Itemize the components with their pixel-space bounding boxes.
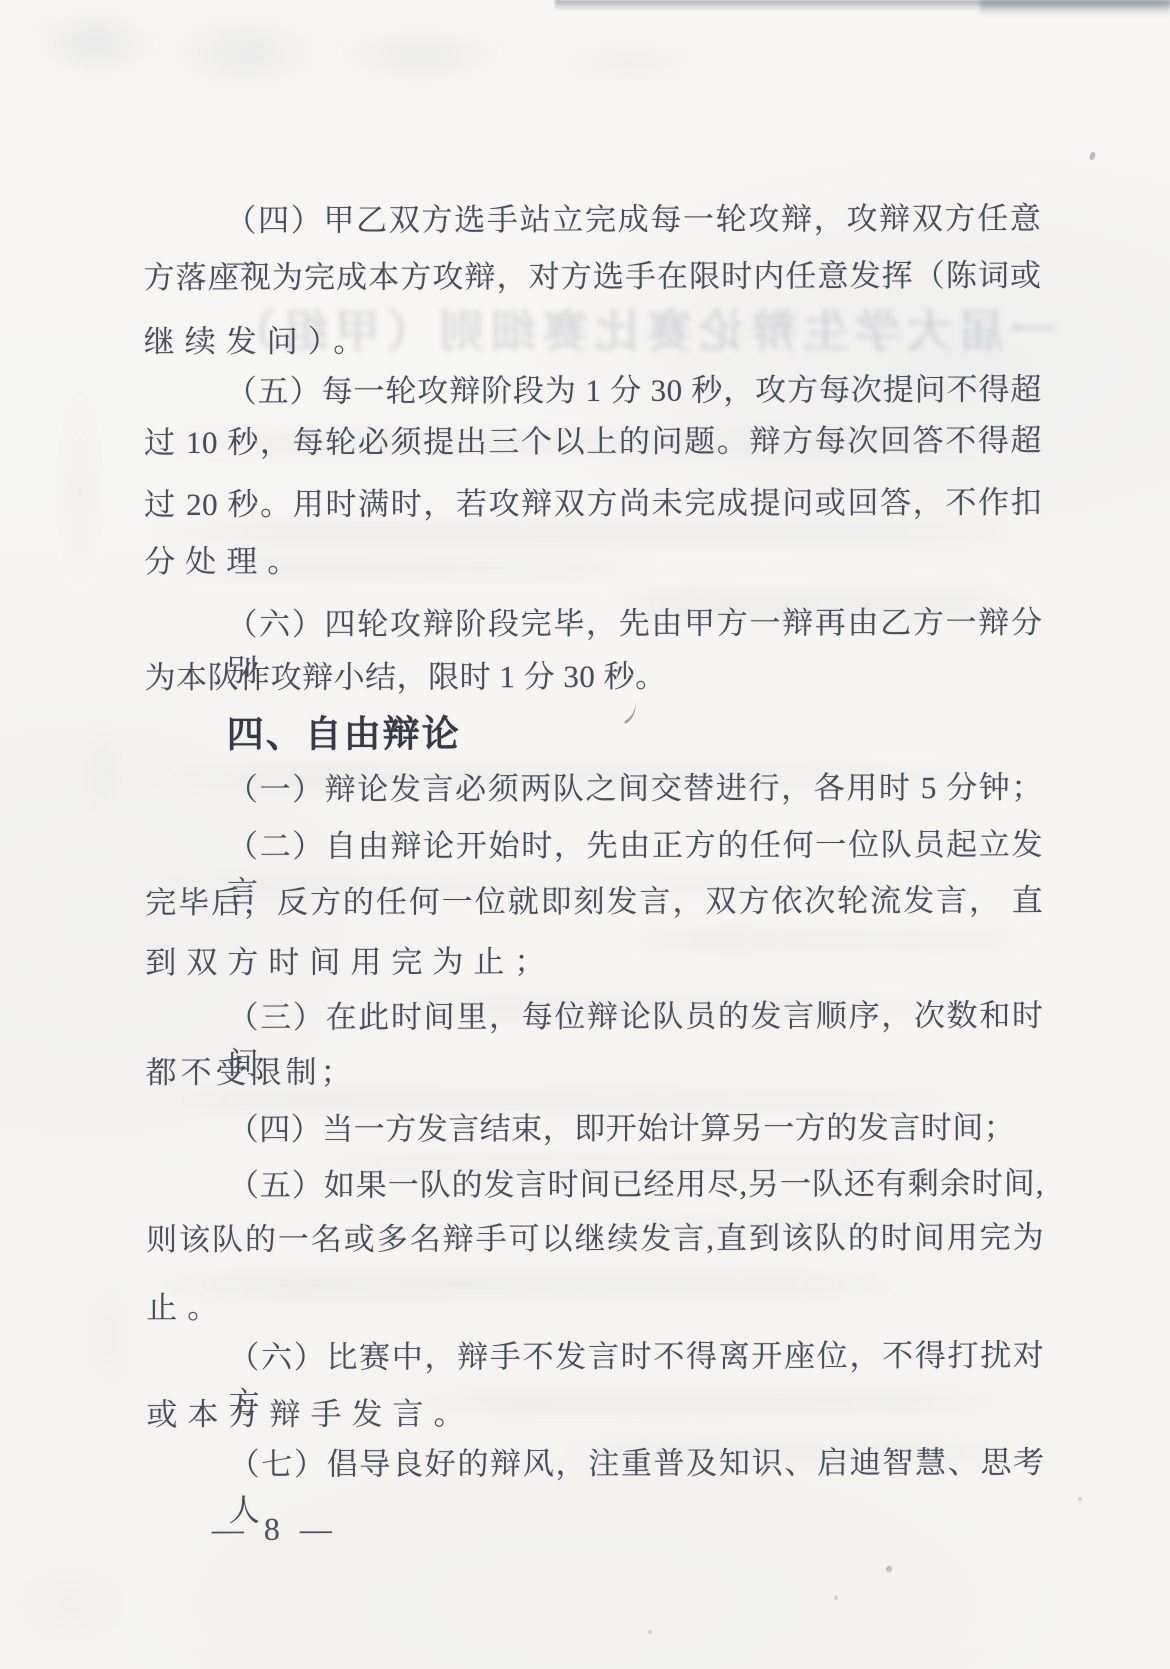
text-line: 则该队的一名或多名辩手可以继续发言,直到该队的时间用完为 (146, 1215, 1044, 1263)
text-line: 到双方时间用完为止； (145, 938, 1043, 986)
text-line: 为本队作攻辩小结，限时 1 分 30 秒。 (145, 653, 1043, 701)
section-heading: 四、自由辩论 (145, 707, 1043, 761)
text-line: （五）如果一队的发言时间已经用尽,另一队还有剩余时间, (146, 1161, 1044, 1209)
text-line: 或本方辩手发言。 (146, 1390, 1044, 1438)
scanned-document-page: 一届大学生辩论赛比赛细则（甲组） （四）甲乙双方选手站立完成每一轮攻辩，攻辩双方… (0, 0, 1170, 1669)
text-line: 方落座视为完成本方攻辩，对方选手在限时内任意发挥（陈词或 (143, 253, 1041, 301)
text-line: （三）在此时间里，每位辩论队员的发言顺序，次数和时间 (145, 993, 1043, 1041)
document-text-layer: （四）甲乙双方选手站立完成每一轮攻辩，攻辩双方任意一 方落座视为完成本方攻辩，对… (0, 0, 1170, 1669)
text-line: （四）当一方发言结束，即开始计算另一方的发言时间； (146, 1105, 1044, 1153)
text-line: （六）四轮攻辩阶段完毕，先由甲方一辩再由乙方一辩分别 (144, 600, 1042, 648)
text-line: 止。 (146, 1283, 1044, 1331)
text-line: 都不受限制； (146, 1048, 1044, 1096)
text-line: （五）每一轮攻辩阶段为 1 分 30 秒，攻方每次提问不得超 (144, 367, 1042, 415)
text-line: （七）倡导良好的辩风，注重普及知识、启迪智慧、思考人 (147, 1440, 1045, 1488)
text-line: （一）辩论发言必须两队之间交替进行，各用时 5 分钟； (145, 765, 1043, 813)
text-line: 过 10 秒，每轮必须提出三个以上的问题。辩方每次回答不得超 (144, 418, 1042, 466)
text-line: 过 20 秒。用时满时，若攻辩双方尚未完成提问或回答，不作扣 (144, 480, 1042, 528)
page-number: — 8 — (212, 1507, 338, 1551)
text-line: （四）甲乙双方选手站立完成每一轮攻辩，攻辩双方任意一 (143, 196, 1041, 244)
text-line: （二）自由辩论开始时，先由正方的任何一位队员起立发言 (145, 822, 1043, 870)
text-line: 继续发问）。 (144, 317, 1042, 365)
text-line: （六）比赛中，辩手不发言时不得离开座位，不得打扰对方 (146, 1333, 1044, 1381)
text-line: 完毕后，反方的任何一位就即刻发言，双方依次轮流发言， 直 (145, 878, 1043, 926)
text-line: 分处理。 (144, 537, 1042, 585)
